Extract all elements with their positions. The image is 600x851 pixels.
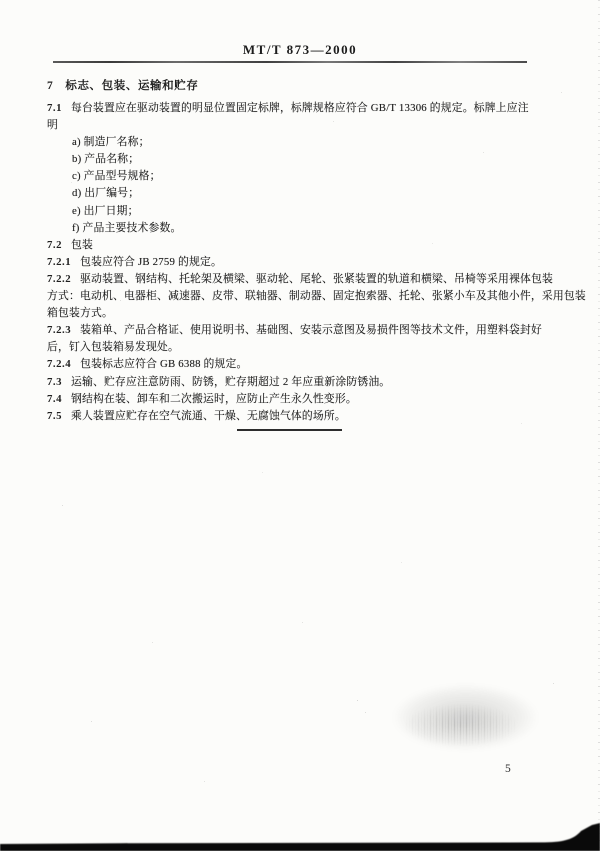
clause-text: 运输、贮存应注意防雨、防锈，贮存期超过 2 年应重新涂防锈油。	[71, 376, 390, 388]
clause-text: 每台装置应在驱动装置的明显位置固定标牌，标牌规格应符合 GB/T 13306 的…	[71, 102, 529, 114]
list-item-text: f) 产品主要技术参数。	[72, 222, 181, 234]
clause-7-4: 7.4钢结构在装、卸车和二次搬运时，应防止产生永久性变形。	[47, 391, 586, 408]
list-item-text: c) 产品型号规格；	[72, 170, 161, 182]
clause-7-1-line-1: 7.1每台装置应在驱动装置的明显位置固定标牌，标牌规格应符合 GB/T 1330…	[47, 100, 586, 117]
list-item-f: f) 产品主要技术参数。	[47, 220, 586, 237]
list-item-text: a) 制造厂名称；	[72, 136, 150, 148]
scan-smudge	[388, 678, 540, 756]
scan-speckles	[0, 0, 1, 1]
list-item-e: e) 出厂日期；	[47, 203, 586, 220]
list-item-a: a) 制造厂名称；	[47, 134, 586, 151]
clause-7-2-2-line-2: 方式：电动机、电器柜、减速器、皮带、联轴器、制动器、固定抱索器、托轮、张紧小车及…	[47, 288, 586, 305]
list-item-c: c) 产品型号规格；	[47, 168, 586, 185]
header-rule	[53, 61, 527, 63]
clause-7-3: 7.3运输、贮存应注意防雨、防锈，贮存期超过 2 年应重新涂防锈油。	[47, 374, 586, 391]
clause-number: 7.2.4	[47, 358, 71, 370]
clause-text: 方式：电动机、电器柜、减速器、皮带、联轴器、制动器、固定抱索器、托轮、张紧小车及…	[47, 290, 586, 302]
list-item-text: e) 出厂日期；	[72, 205, 139, 217]
clause-7-1-line-2: 明	[47, 117, 586, 134]
clause-7-2: 7.2包装	[47, 237, 586, 254]
standard-code: MT/T 873—2000	[0, 42, 600, 58]
clause-7-2-3-line-2: 后，钉入包装箱易发现处。	[47, 339, 586, 356]
clause-text: 乘人装置应贮存在空气流通、干燥、无腐蚀气体的场所。	[71, 410, 346, 422]
scan-bottom-edge	[0, 817, 600, 851]
scanned-document-page: MT/T 873—2000 7标志、包装、运输和贮存 7.1每台装置应在驱动装置…	[0, 0, 600, 851]
end-of-text-divider	[237, 429, 342, 431]
clause-number: 7.3	[47, 376, 62, 388]
clause-text: 箱包装方式。	[47, 307, 113, 319]
clause-number: 7.2.2	[47, 273, 71, 285]
clause-text: 钢结构在装、卸车和二次搬运时，应防止产生永久性变形。	[71, 393, 357, 405]
clause-text: 装箱单、产品合格证、使用说明书、基础图、安装示意图及易损件图等技术文件，用塑料袋…	[80, 324, 542, 336]
clause-number: 7.1	[47, 102, 62, 114]
clause-number: 7.2.3	[47, 324, 71, 336]
clause-7-2-4: 7.2.4包装标志应符合 GB 6388 的规定。	[47, 356, 586, 373]
list-item-text: b) 产品名称；	[72, 153, 139, 165]
list-item-text: d) 出厂编号；	[72, 187, 139, 199]
body-text-block: 7.1每台装置应在驱动装置的明显位置固定标牌，标牌规格应符合 GB/T 1330…	[47, 100, 586, 425]
page-number: 5	[505, 763, 511, 775]
clause-number: 7.2.1	[47, 256, 71, 268]
list-item-b: b) 产品名称；	[47, 151, 586, 168]
clause-7-2-2-line-1: 7.2.2驱动装置、钢结构、托轮架及横梁、驱动轮、尾轮、张紧装置的轨道和横梁、吊…	[47, 271, 586, 288]
clause-7-5: 7.5乘人装置应贮存在空气流通、干燥、无腐蚀气体的场所。	[47, 408, 586, 425]
section-number: 7	[47, 80, 53, 92]
clause-number: 7.2	[47, 239, 62, 251]
clause-7-2-3-line-1: 7.2.3装箱单、产品合格证、使用说明书、基础图、安装示意图及易损件图等技术文件…	[47, 322, 586, 339]
clause-text: 包装应符合 JB 2759 的规定。	[80, 256, 222, 268]
clause-text: 包装标志应符合 GB 6388 的规定。	[80, 358, 247, 370]
clause-7-2-2-line-3: 箱包装方式。	[47, 305, 586, 322]
clause-7-2-1: 7.2.1包装应符合 JB 2759 的规定。	[47, 254, 586, 271]
clause-text: 明	[47, 119, 58, 131]
clause-text: 包装	[71, 239, 93, 251]
clause-text: 驱动装置、钢结构、托轮架及横梁、驱动轮、尾轮、张紧装置的轨道和横梁、吊椅等采用裸…	[80, 273, 553, 285]
section-title: 标志、包装、运输和贮存	[65, 80, 198, 92]
clause-text: 后，钉入包装箱易发现处。	[47, 341, 179, 353]
list-item-d: d) 出厂编号；	[47, 185, 586, 202]
clause-number: 7.4	[47, 393, 62, 405]
section-heading: 7标志、包装、运输和贮存	[47, 77, 198, 93]
clause-number: 7.5	[47, 410, 62, 422]
